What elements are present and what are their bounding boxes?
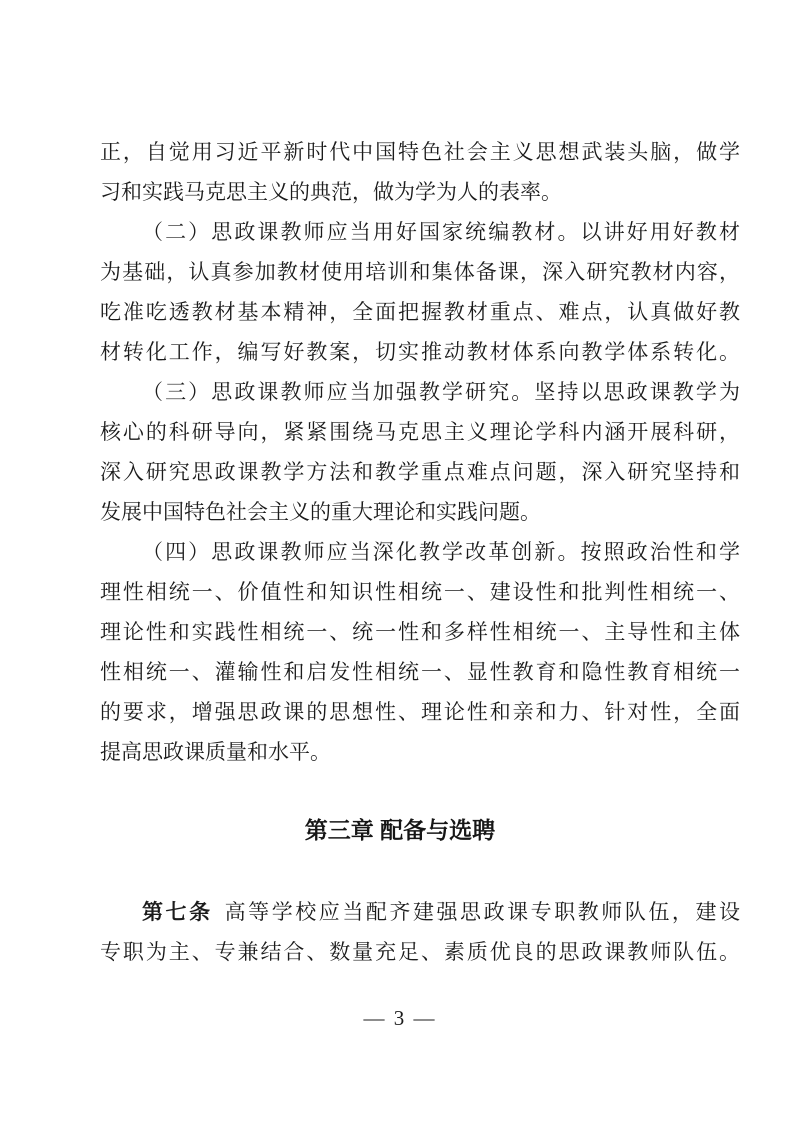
body-line: 理论性和实践性相统一、统一性和多样性相统一、主导性和主体 (100, 612, 740, 652)
article-line: 第七条高等学校应当配齐建强思政课专职教师队伍，建设 (100, 892, 740, 932)
body-line: 正，自觉用习近平新时代中国特色社会主义思想武装头脑，做学 (100, 132, 740, 172)
article-seven: 第七条高等学校应当配齐建强思政课专职教师队伍，建设 专职为主、专兼结合、数量充足… (100, 892, 740, 972)
body-line: 吃准吃透教材基本精神，全面把握教材重点、难点，认真做好教 (100, 292, 740, 332)
page-number: — 3 — (0, 998, 800, 1038)
body-line: 的要求，增强思政课的思想性、理论性和亲和力、针对性，全面 (100, 692, 740, 732)
body-line: （四）思政课教师应当深化教学改革创新。按照政治性和学 (100, 532, 740, 572)
body-line: 发展中国特色社会主义的重大理论和实践问题。 (100, 492, 740, 532)
body-line: 性相统一、灌输性和启发性相统一、显性教育和隐性教育相统一 (100, 652, 740, 692)
body-line: 为基础，认真参加教材使用培训和集体备课，深入研究教材内容， (100, 252, 740, 292)
body-line: 提高思政课质量和水平。 (100, 732, 740, 772)
body-line: （三）思政课教师应当加强教学研究。坚持以思政课教学为 (100, 372, 740, 412)
body-line: 核心的科研导向，紧紧围绕马克思主义理论学科内涵开展科研， (100, 412, 740, 452)
article-line-text: 高等学校应当配齐建强思政课专职教师队伍，建设 (225, 900, 740, 924)
document-body: 正，自觉用习近平新时代中国特色社会主义思想武装头脑，做学 习和实践马克思主义的典… (100, 132, 740, 772)
body-line: （二）思政课教师应当用好国家统编教材。以讲好用好教材 (100, 212, 740, 252)
chapter-heading: 第三章 配备与选聘 (0, 806, 800, 854)
body-line: 习和实践马克思主义的典范，做为学为人的表率。 (100, 172, 740, 212)
body-line: 理性相统一、价值性和知识性相统一、建设性和批判性相统一、 (100, 572, 740, 612)
body-line: 深入研究思政课教学方法和教学重点难点问题，深入研究坚持和 (100, 452, 740, 492)
article-line: 专职为主、专兼结合、数量充足、素质优良的思政课教师队伍。 (100, 932, 740, 972)
article-number: 第七条 (142, 901, 213, 924)
body-line: 材转化工作，编写好教案，切实推动教材体系向教学体系转化。 (100, 332, 740, 372)
document-page: 正，自觉用习近平新时代中国特色社会主义思想武装头脑，做学 习和实践马克思主义的典… (0, 0, 800, 1132)
